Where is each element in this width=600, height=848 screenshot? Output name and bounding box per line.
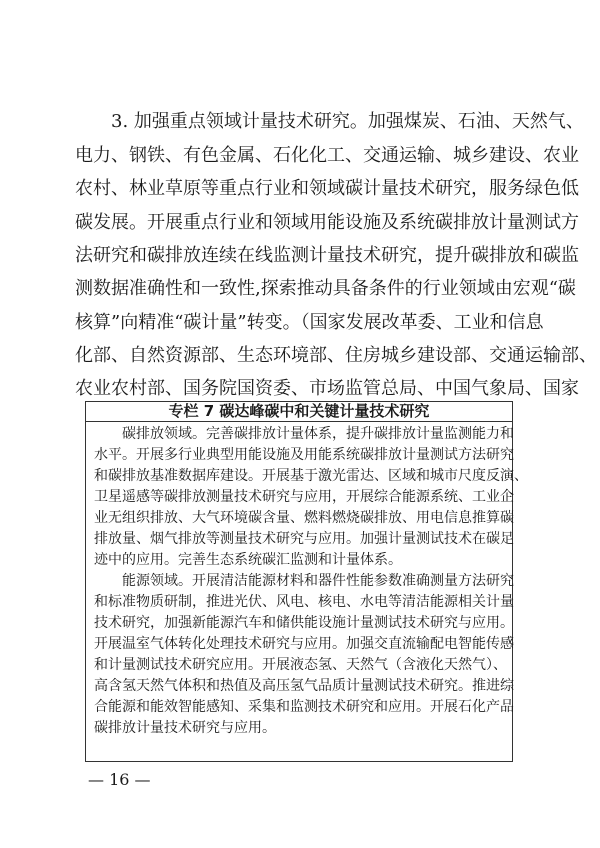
box-line: 排放量、烟气排放等测量技术研究与应用。加强计量测试技术在碳足 xyxy=(94,529,504,550)
paragraph-line: 法研究和碳排放连续在线监测计量技术研究，提升碳排放和碳监 xyxy=(75,239,527,272)
box-line: 合能源和能效智能感知、采集和监测技术研究和应用。开展石化产品 xyxy=(94,697,504,718)
box-line: 水平。开展多行业典型用能设施及用能系统碳排放计量测试方法研究 xyxy=(94,445,504,466)
box-line: 和计量测试技术研究应用。开展液态氢、天然气（含液化天然气）、 xyxy=(94,655,504,676)
paragraph-line: 核算”向精准“碳计量”转变。（国家发展改革委、工业和信息 xyxy=(75,306,527,339)
paragraph-line: 3. 加强重点领域计量技术研究。加强煤炭、石油、天然气、 xyxy=(75,105,527,138)
box-line: 开展温室气体转化处理技术研究与应用。加强交直流输配电智能传感 xyxy=(94,634,504,655)
box-line: 和标准物质研制，推进光伏、风电、核电、水电等清洁能源相关计量 xyxy=(94,592,504,613)
paragraph-line: 电力、钢铁、有色金属、石化化工、交通运输、城乡建设、农业 xyxy=(75,139,527,172)
box-line: 迹中的应用。完善生态系统碳汇监测和计量体系。 xyxy=(94,550,504,571)
box-line: 业无组织排放、大气环境碳含量、燃料燃烧碳排放、用电信息推算碳 xyxy=(94,508,504,529)
paragraph-line: 测数据准确性和一致性,探索推动具备条件的行业领域由宏观“碳 xyxy=(75,272,527,305)
box-title: 专栏 7 碳达峰碳中和关键计量技术研究 xyxy=(86,402,512,422)
box-line: 和碳排放基准数据库建设。开展基于激光雷达、区域和城市尺度反演、 xyxy=(94,466,504,487)
box-line: 碳排放领域。完善碳排放计量体系，提升碳排放计量监测能力和 xyxy=(94,424,504,445)
box-line: 卫星遥感等碳排放测量技术研究与应用，开展综合能源系统、工业企 xyxy=(94,487,504,508)
paragraph-line: 农村、林业草原等重点行业和领域碳计量技术研究，服务绿色低 xyxy=(75,172,527,205)
page-number: — 16 — xyxy=(88,770,151,790)
paragraph-line: 碳发展。开展重点行业和领域用能设施及系统碳排放计量测试方 xyxy=(75,206,527,239)
box-line: 碳排放计量技术研究与应用。 xyxy=(94,718,504,739)
box-line: 高含氢天然气体积和热值及高压氢气品质计量测试技术研究。推进综 xyxy=(94,676,504,697)
special-column-box: 专栏 7 碳达峰碳中和关键计量技术研究 碳排放领域。完善碳排放计量体系，提升碳排… xyxy=(85,401,513,762)
paragraph-line: 化部、自然资源部、生态环境部、住房城乡建设部、交通运输部、 xyxy=(75,339,527,372)
box-line: 能源领域。开展清洁能源材料和器件性能参数准确测量方法研究 xyxy=(94,571,504,592)
box-line: 技术研究，加强新能源汽车和储供能设施计量测试技术研究与应用。 xyxy=(94,613,504,634)
